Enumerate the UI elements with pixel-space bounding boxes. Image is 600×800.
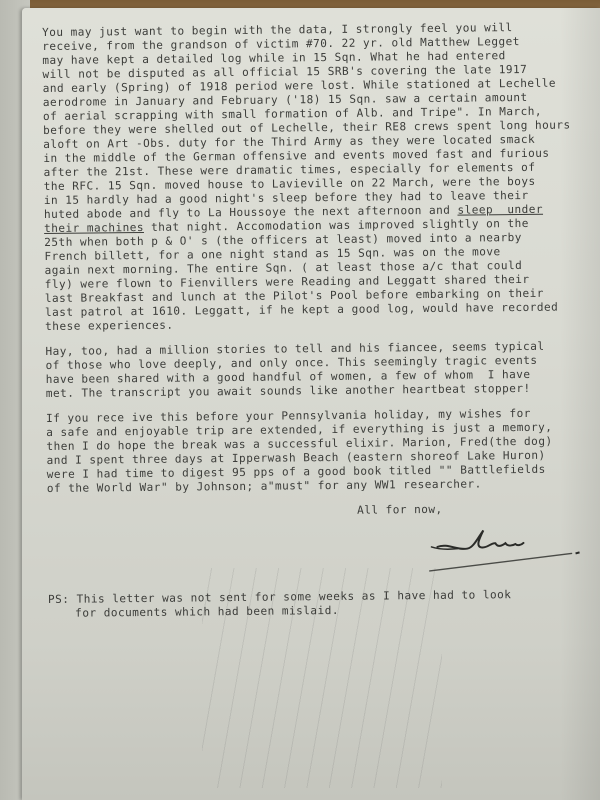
letter-body: You may just want to begin with the data… bbox=[42, 20, 600, 621]
signature: Glen bbox=[427, 515, 588, 575]
closing-line: All for now, bbox=[357, 501, 600, 518]
paragraph-3: If you rece ive this before your Pennsyl… bbox=[46, 406, 600, 496]
paragraph-2: Hay, too, had a million stories to tell … bbox=[45, 339, 600, 401]
signature-icon bbox=[427, 515, 588, 575]
underlined-text: their machines bbox=[44, 221, 144, 235]
postscript: PS: This letter was not sent for some we… bbox=[48, 587, 600, 621]
postscript-label: PS: bbox=[48, 593, 70, 606]
letter-page: You may just want to begin with the data… bbox=[22, 8, 600, 800]
underlined-text: sleep under bbox=[457, 203, 543, 217]
paragraph-1: You may just want to begin with the data… bbox=[42, 20, 600, 334]
